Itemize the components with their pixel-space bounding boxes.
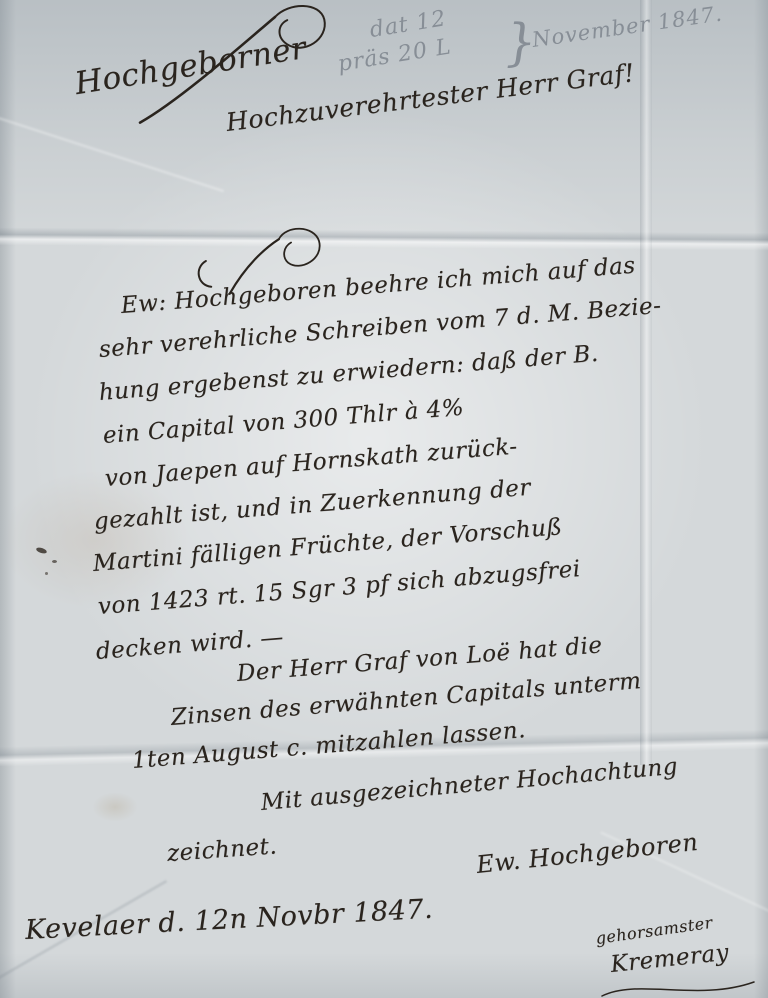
ink-blot (35, 546, 47, 554)
pencil-annotation-date: November 1847. (531, 2, 724, 52)
flourish-signature-underline (598, 976, 758, 998)
dateline: Kevelaer d. 12n Novbr 1847. (24, 894, 433, 946)
paper-stain (92, 792, 138, 822)
handwriting-line-4: ein Capital von 300 Thlr à 4% (102, 395, 465, 449)
ink-blot (45, 572, 48, 575)
fold-crease-horizontal-1 (0, 227, 768, 251)
salutation-line-1: Hochgeborner (72, 30, 308, 102)
fold-crease-vertical (640, 0, 652, 765)
closing-line-2: zeichnet. (166, 833, 278, 867)
ink-blot (52, 560, 57, 563)
signature-name: Kremeray (609, 940, 730, 978)
pencil-annotation-praes: präs 20 L (336, 34, 453, 77)
letter-scan: dat 12 präs 20 L } November 1847. Hochge… (0, 0, 768, 998)
closing-line-3: Ew. Hochgeboren (475, 828, 699, 879)
paper-crease (0, 110, 224, 192)
closing-line-1: Mit ausgezeichneter Hochachtung (260, 754, 679, 816)
salutation-line-2: Hochzuverehrtester Herr Graf! (224, 58, 636, 137)
